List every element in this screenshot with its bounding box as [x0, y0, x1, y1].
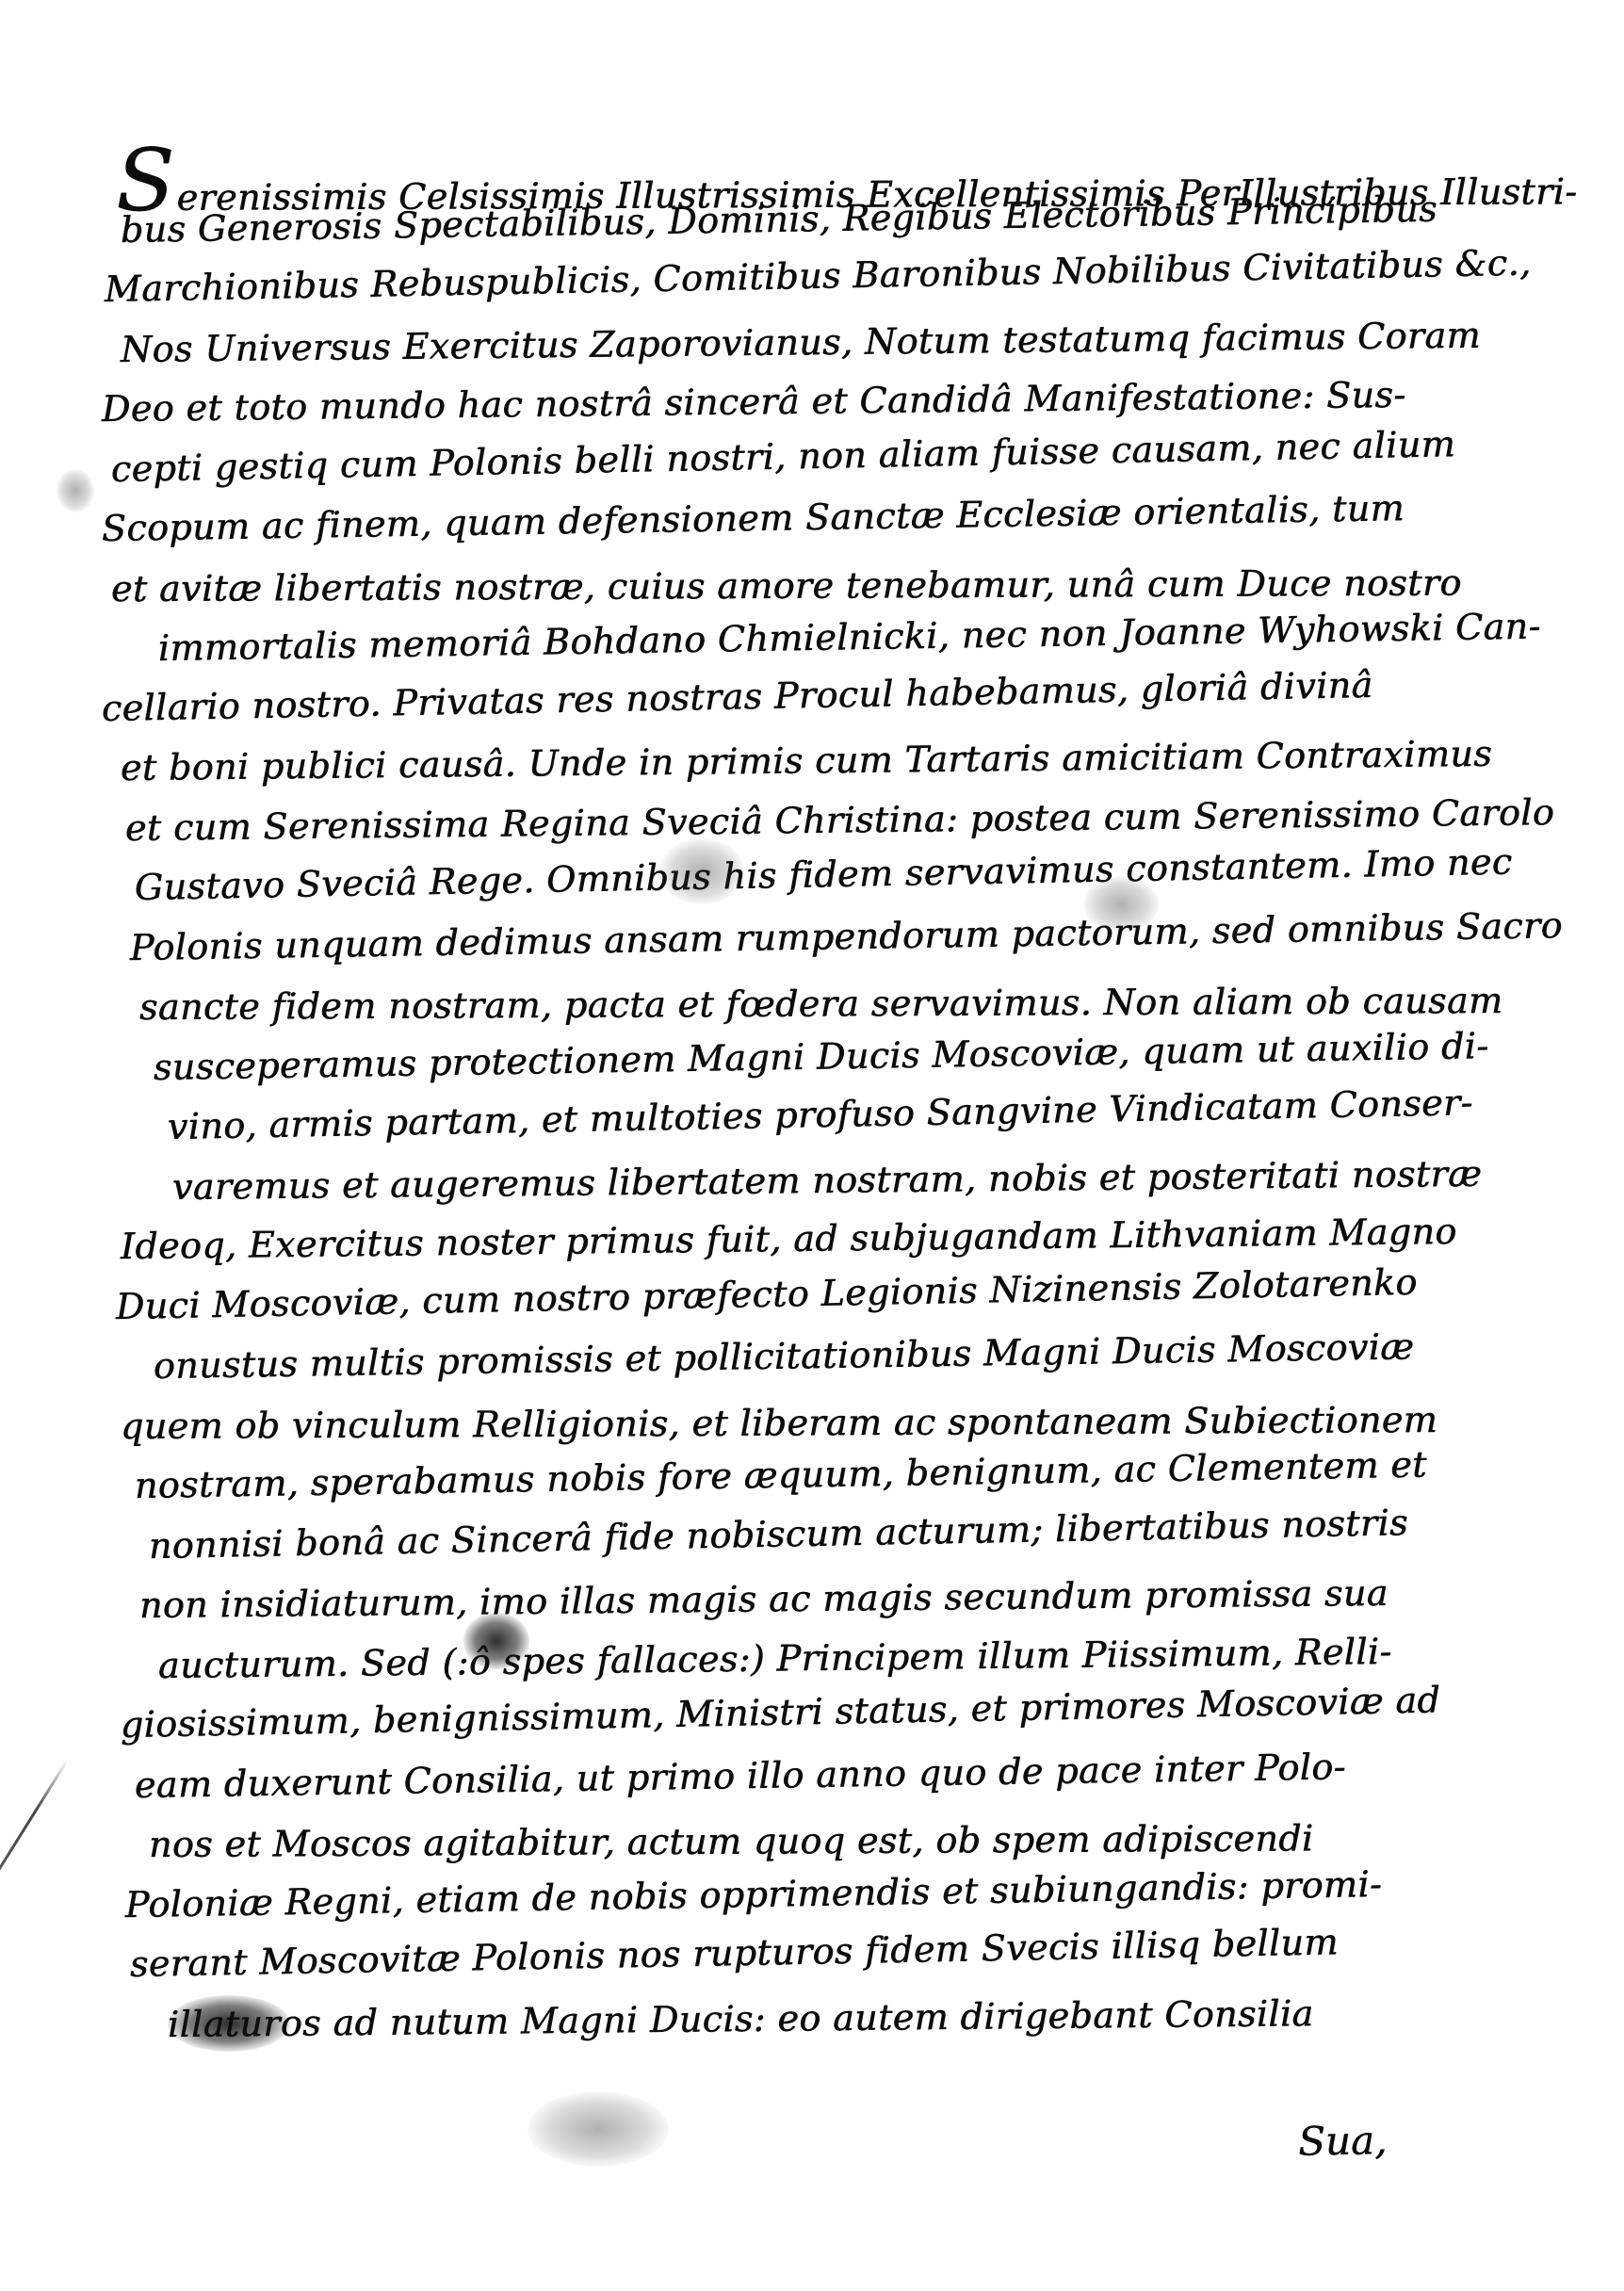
manuscript-line: illaturos ad nutum Magni Ducis: eo autem… [168, 1990, 1591, 2063]
ink-smudge [528, 2091, 669, 2167]
manuscript-text: Serenissimis Celsissimis Illustrissimis … [102, 149, 1590, 2063]
scratch-mark [0, 1760, 69, 1929]
manuscript-page: Serenissimis Celsissimis Illustrissimis … [0, 0, 1624, 2291]
ink-smudge [57, 469, 94, 512]
catchword: Sua, [1298, 2117, 1388, 2165]
